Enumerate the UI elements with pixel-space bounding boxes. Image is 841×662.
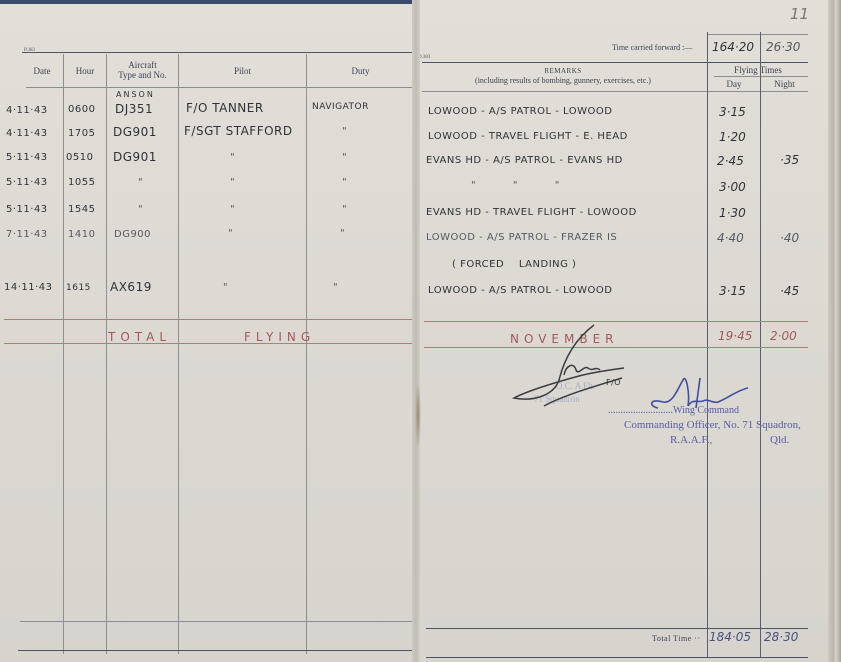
cell-duty: " [340, 228, 345, 239]
cell-day: 3·15 [719, 284, 746, 298]
cell-remarks: LOWOOD - A/S PATROL - LOWOOD [428, 285, 612, 296]
total-time-label: Total Time ·· [652, 634, 701, 643]
col-header-hour: Hour [64, 66, 106, 76]
cell-night: ·35 [780, 153, 799, 167]
cell-duty: " [342, 152, 347, 163]
total-time-night: 28·30 [764, 630, 798, 644]
night-header: Night [761, 79, 808, 89]
remarks-header: Remarks [422, 66, 704, 76]
col-header-date: Date [22, 66, 62, 76]
col-header-duty: Duty [307, 66, 414, 76]
cell-duty: NAVIGATOR [312, 102, 369, 112]
flying-times-rule [714, 76, 808, 77]
flight-commander-signature [504, 320, 634, 410]
day-col-divider [707, 32, 708, 657]
header-top-rule [422, 62, 808, 63]
total-time-bottom-rule [426, 657, 808, 658]
cell-pilot: " [230, 152, 235, 163]
cell-pilot: " [230, 177, 235, 188]
left-page: P.383 Date Hour Aircraft Type and No. Pi… [0, 0, 416, 662]
cell-remarks: LOWOOD - A/S PATROL - LOWOOD [428, 106, 612, 117]
qld-stamp: Qld. [770, 434, 789, 446]
carried-forward-night: 26·30 [766, 40, 800, 54]
cell-date: 4·11·43 [6, 128, 48, 139]
cell-hour: 1055 [68, 177, 95, 188]
cell-day: 4·40 [717, 231, 744, 245]
total-top-rule [4, 319, 414, 320]
cell-aircraft: DG901 [113, 125, 157, 139]
total-bottom-rule [4, 343, 414, 344]
cell-date: 4·11·43 [6, 105, 48, 116]
col-header-aircraft: Aircraft Type and No. [107, 60, 178, 80]
cell-remarks: EVANS HD - A/S PATROL - EVANS HD [426, 155, 623, 166]
book-gutter [412, 0, 420, 662]
month-total-night: 2·00 [770, 329, 797, 343]
cell-duty: " [333, 282, 338, 293]
commanding-officer-stamp: Commanding Officer, No. 71 Squadron, [624, 419, 801, 431]
cell-duty: " [342, 204, 347, 215]
cell-aircraft: AX619 [110, 280, 152, 294]
cell-hour: 1545 [68, 204, 95, 215]
cell-date: 5·11·43 [6, 177, 48, 188]
cell-remarks: EVANS HD - TRAVEL FLIGHT - LOWOOD [426, 207, 637, 218]
time-carried-forward-label: Time carried forward :— [612, 43, 692, 52]
cell-hour: 0510 [66, 152, 93, 163]
carried-forward-day: 164·20 [712, 40, 754, 54]
raaf-stamp: R.A.A.F., [670, 434, 712, 446]
total-label-total: TOTAL [108, 330, 171, 344]
cell-remarks: " " " [471, 180, 560, 191]
cell-hour: 1615 [66, 283, 91, 293]
col-divider [306, 54, 307, 654]
cell-day: 3·00 [719, 180, 746, 194]
cell-day: 2·45 [717, 154, 744, 168]
cell-aircraft: DG901 [113, 150, 157, 164]
day-header: Day [708, 79, 760, 89]
cell-night: ·45 [780, 284, 799, 298]
cell-aircraft: " [138, 204, 143, 215]
cell-date: 5·11·43 [6, 152, 48, 163]
bottom-thick-rule [18, 650, 414, 651]
wing-commander-stamp: ..........................Wing Command [608, 405, 739, 416]
cell-aircraft: " [138, 177, 143, 188]
cell-hour: 1705 [68, 128, 95, 139]
paper-stain [415, 380, 421, 450]
cell-duty: " [342, 177, 347, 188]
cell-remarks: LOWOOD - TRAVEL FLIGHT - E. HEAD [428, 131, 628, 142]
cell-date: 7·11·43 [6, 229, 48, 240]
page-edges [828, 0, 841, 662]
cell-date: 14·11·43 [4, 282, 53, 293]
cell-pilot: " [230, 204, 235, 215]
cell-night: ·40 [780, 231, 799, 245]
remarks-subheader: (including results of bombing, gunnery, … [422, 76, 704, 86]
cell-pilot: F/SGT STAFFORD [184, 124, 293, 138]
aircraft-type-note: ANSON [116, 90, 155, 99]
header-bottom-rule [422, 91, 808, 92]
page-number: 11 [790, 5, 809, 23]
right-page: 11 D.383 Time carried forward :— 164·20 … [416, 0, 828, 662]
month-total-day: 19·45 [718, 329, 752, 343]
cell-aircraft: DG900 [114, 229, 151, 240]
cell-day: 3·15 [719, 105, 746, 119]
cell-pilot: F/O TANNER [186, 101, 264, 115]
flying-times-header: Flying Times [708, 65, 808, 75]
logbook-spread: P.383 Date Hour Aircraft Type and No. Pi… [0, 0, 841, 662]
night-col-divider [760, 32, 761, 657]
signature-rank: F/O [606, 378, 621, 387]
header-top-rule [22, 52, 414, 53]
cell-day: 1·20 [719, 130, 746, 144]
cell-hour: 1410 [68, 229, 95, 240]
col-header-pilot: Pilot [179, 66, 306, 76]
cf-top-rule [708, 34, 808, 35]
cell-pilot: " [228, 228, 233, 239]
header-bottom-rule [26, 87, 414, 88]
total-label-flying: FLYING [244, 330, 315, 344]
col-divider [106, 54, 107, 654]
col-divider [178, 54, 179, 654]
cell-pilot: " [223, 282, 228, 293]
cell-remarks: ( FORCED LANDING ) [452, 259, 576, 270]
bottom-thin-rule [20, 621, 414, 622]
cell-duty: " [342, 126, 347, 137]
col-divider [63, 54, 64, 654]
cell-date: 5·11·43 [6, 204, 48, 215]
cell-aircraft: DJ351 [115, 102, 153, 116]
total-time-day: 184·05 [709, 630, 751, 644]
cell-hour: 0600 [68, 104, 95, 115]
total-time-top-rule [426, 628, 808, 629]
cell-day: 1·30 [719, 206, 746, 220]
cell-remarks: LOWOOD - A/S PATROL - FRAZER IS [426, 232, 617, 243]
